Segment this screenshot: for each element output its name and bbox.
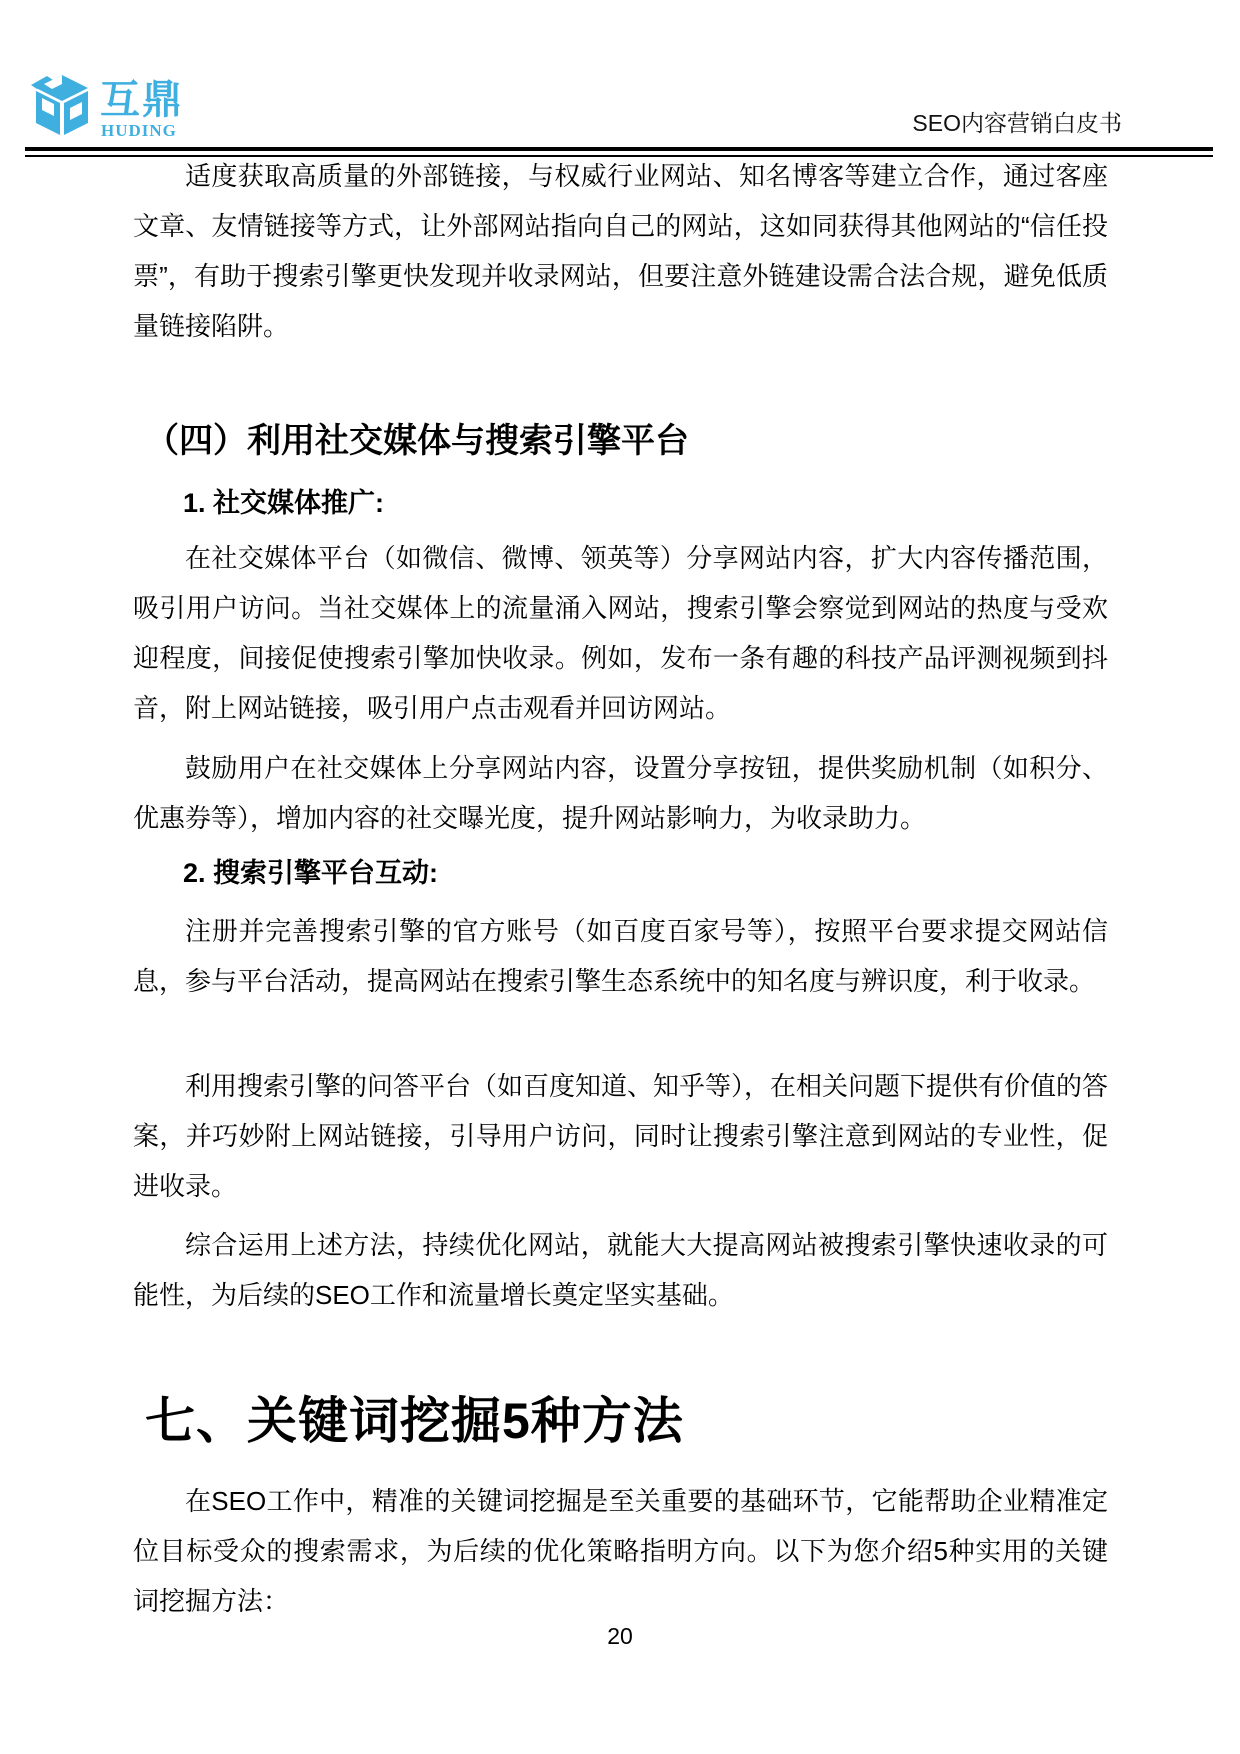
item-heading-search-engine-platform: 2. 搜索引擎平台互动: [183,848,438,898]
paragraph-platform-1: 注册并完善搜索引擎的官方账号（如百度百家号等），按照平台要求提交网站信息，参与平… [133,906,1108,1006]
logo-text-en: HUDING [101,122,177,139]
section-heading-4: （四）利用社交媒体与搜索引擎平台 [145,415,689,467]
paragraph-section-summary: 综合运用上述方法，持续优化网站，就能大大提高网站被搜索引擎快速收录的可能性，为后… [133,1220,1108,1320]
paragraph-keyword-intro: 在SEO工作中，精准的关键词挖掘是至关重要的基础环节，它能帮助企业精准定位目标受… [133,1476,1108,1626]
paragraph-social-media-1: 在社交媒体平台（如微信、微博、领英等）分享网站内容，扩大内容传播范围，吸引用户访… [133,533,1108,733]
paragraph-social-media-2: 鼓励用户在社交媒体上分享网站内容，设置分享按钮，提供奖励机制（如积分、优惠券等）… [133,743,1108,843]
paragraph-platform-2: 利用搜索引擎的问答平台（如百度知道、知乎等），在相关问题下提供有价值的答案，并巧… [133,1061,1108,1211]
logo-text-zh: 互鼎 [100,80,184,120]
chapter-heading-7: 七、关键词挖掘5种方法 [145,1390,684,1452]
header-document-title: SEO内容营销白皮书 [912,110,1122,138]
page-number: 20 [0,1622,1240,1650]
document-page: 互鼎 HUDING SEO内容营销白皮书 适度获取高质量的外部链接，与权威行业网… [0,0,1240,1754]
item-heading-social-media: 1. 社交媒体推广: [183,478,384,528]
paragraph-external-links: 适度获取高质量的外部链接，与权威行业网站、知名博客等建立合作，通过客座文章、友情… [133,151,1108,351]
huding-logo-icon [30,72,94,138]
